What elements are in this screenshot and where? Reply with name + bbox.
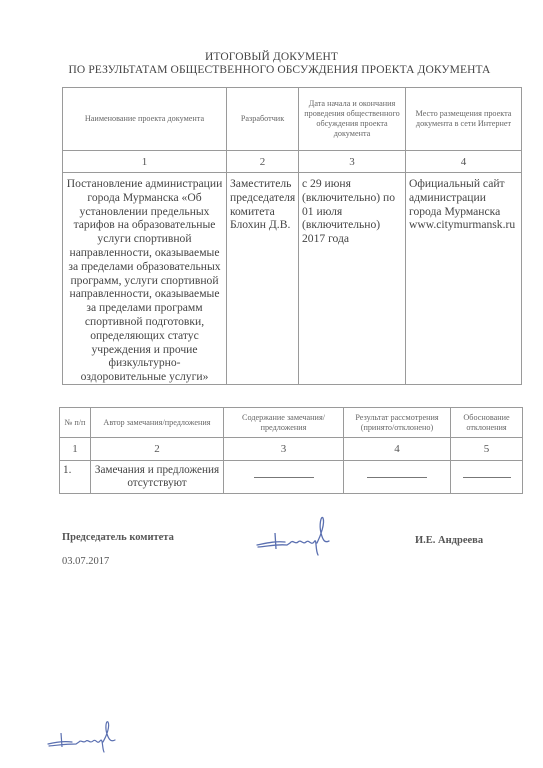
developer-cell: Заместитель председателя комитета Блохин…: [227, 173, 299, 385]
table-header-row: № п/п Автор замечания/предложения Содерж…: [60, 408, 523, 438]
header-dates: Дата начала и окончания проведения общес…: [299, 88, 406, 151]
index-cell: 1.: [60, 461, 91, 494]
table-number-row: 1 2 3 4 5: [60, 438, 523, 461]
header-result: Результат рассмотрения (принято/отклонен…: [344, 408, 451, 438]
project-name-cell: Постановление администрации города Мурма…: [63, 173, 227, 385]
header-index: № п/п: [60, 408, 91, 438]
project-info-table: Наименование проекта документа Разработч…: [62, 87, 522, 385]
table-number-row: 1 2 3 4: [63, 151, 522, 173]
header-justification: Обоснование отклонения: [451, 408, 523, 438]
content-cell: [224, 461, 344, 494]
column-number: 2: [91, 438, 224, 461]
column-number: 1: [60, 438, 91, 461]
author-cell: Замечания и предложения отсутствуют: [91, 461, 224, 494]
signature-icon: [255, 515, 337, 557]
column-number: 1: [63, 151, 227, 173]
empty-dash: [367, 476, 427, 478]
header-project-name: Наименование проекта документа: [63, 88, 227, 151]
signatory-name: И.Е. Андреева: [415, 535, 483, 546]
document-title: ИТОГОВЫЙ ДОКУМЕНТ: [0, 51, 543, 63]
dates-cell: с 29 июня (включительно) по 01 июля (вкл…: [299, 173, 406, 385]
signatory-role: Председатель комитета: [62, 532, 174, 543]
location-cell: Официальный сайт администрации города Му…: [406, 173, 522, 385]
signature-date: 03.07.2017: [62, 556, 109, 567]
table-row: 1. Замечания и предложения отсутствуют: [60, 461, 523, 494]
column-number: 5: [451, 438, 523, 461]
column-number: 2: [227, 151, 299, 173]
comments-table: № п/п Автор замечания/предложения Содерж…: [59, 407, 523, 494]
column-number: 3: [224, 438, 344, 461]
justification-cell: [451, 461, 523, 494]
table-header-row: Наименование проекта документа Разработч…: [63, 88, 522, 151]
result-cell: [344, 461, 451, 494]
document-subtitle: ПО РЕЗУЛЬТАТАМ ОБЩЕСТВЕННОГО ОБСУЖДЕНИЯ …: [8, 64, 543, 76]
header-content: Содержание замечания/предложения: [224, 408, 344, 438]
header-developer: Разработчик: [227, 88, 299, 151]
header-author: Автор замечания/предложения: [91, 408, 224, 438]
initials-icon: [46, 720, 126, 754]
header-location: Место размещения проекта документа в сет…: [406, 88, 522, 151]
empty-dash: [254, 476, 314, 478]
column-number: 3: [299, 151, 406, 173]
table-row: Постановление администрации города Мурма…: [63, 173, 522, 385]
column-number: 4: [344, 438, 451, 461]
column-number: 4: [406, 151, 522, 173]
empty-dash: [463, 476, 511, 478]
